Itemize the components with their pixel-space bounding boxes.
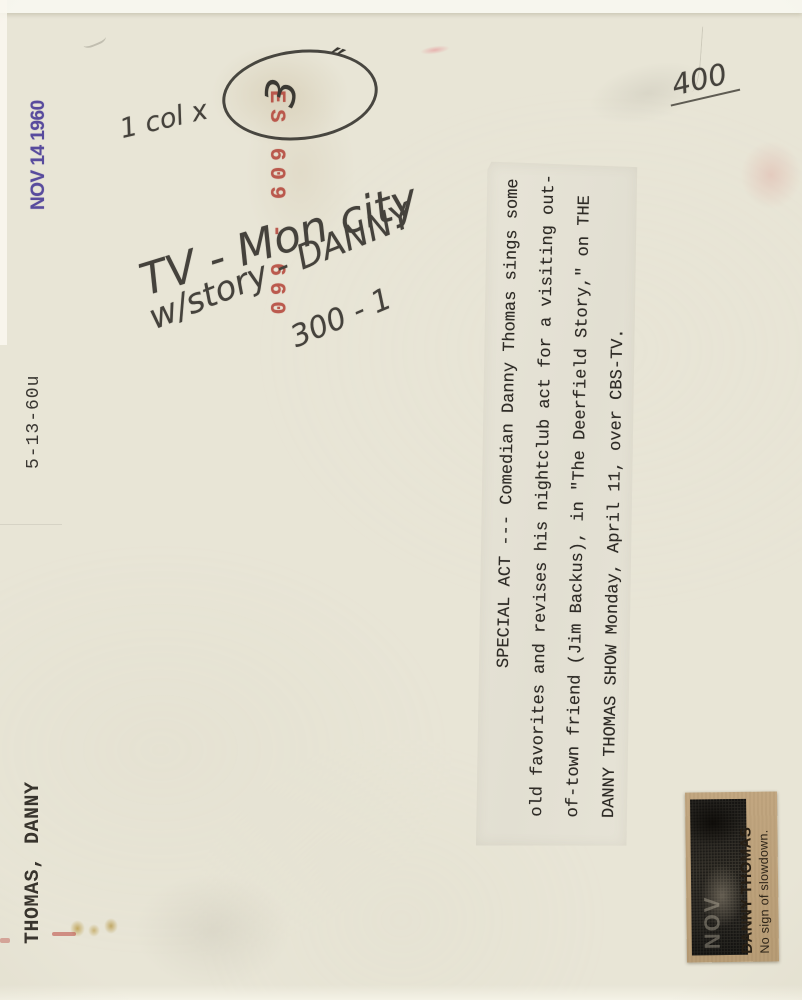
red-pencil-streak	[0, 938, 10, 943]
clipping-text: DANNY THOMAS No sign of slowdown.	[737, 803, 775, 953]
handwritten-edition-note: 300 - 1	[286, 270, 424, 355]
paper-top-edge	[0, 0, 802, 13]
pencil-smudge	[81, 30, 108, 50]
stain-dot	[70, 920, 85, 937]
stain-dot	[88, 924, 100, 937]
paper-bottom-edge	[0, 985, 802, 1000]
clipping-subheadline: No sign of slowdown.	[755, 804, 774, 954]
paper-grain	[0, 0, 802, 1000]
red-pencil-streak	[52, 932, 76, 936]
photo-back-scan: NOV 14 1960 ES 609 - 660 5-13-60u THOMAS…	[0, 0, 802, 1000]
handwritten-number-note: 400	[663, 54, 741, 106]
newspaper-clipping: NOV DANNY THOMAS No sign of slowdown.	[685, 791, 779, 962]
date-received-stamp: NOV 14 1960	[28, 98, 50, 210]
caption-slip: SPECIAL ACT --- Comedian Danny Thomas si…	[474, 162, 639, 849]
paper-left-edge	[0, 0, 7, 345]
caption-text: SPECIAL ACT --- Comedian Danny Thomas si…	[474, 162, 639, 849]
stamp-bleed-through: NOV	[699, 869, 726, 949]
typed-subject-name: THOMAS, DANNY	[22, 774, 45, 944]
stain	[738, 138, 802, 212]
stain-dot	[104, 918, 118, 934]
handwritten-column-size-note: 1 col x	[117, 90, 231, 145]
clipping-headline: DANNY THOMAS	[737, 804, 757, 954]
stain	[420, 44, 451, 56]
scan-vignette	[0, 0, 802, 1000]
stain	[128, 868, 298, 993]
typed-date-code: 5-13-60u	[24, 369, 44, 469]
paper-crease	[0, 524, 62, 525]
